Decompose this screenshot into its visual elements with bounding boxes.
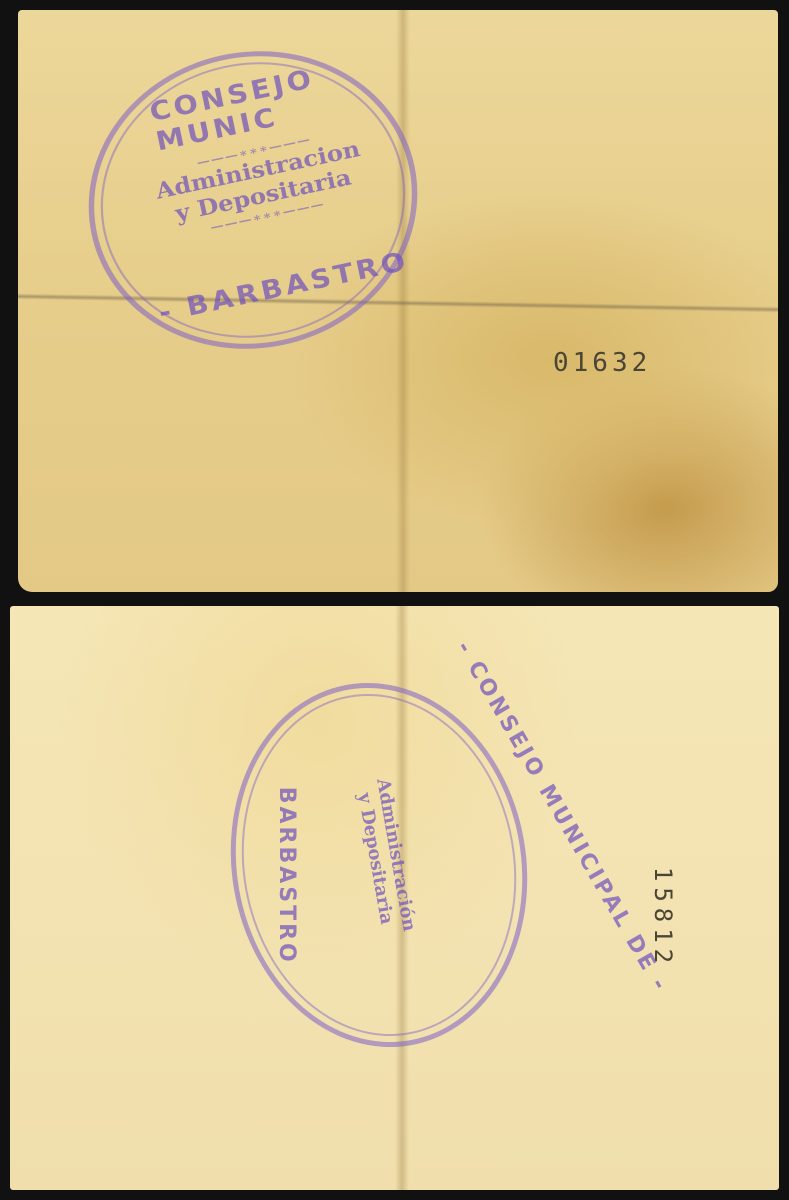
serial-number-top: 01632 bbox=[553, 348, 651, 378]
serial-number-bottom: 15812 bbox=[649, 867, 677, 969]
stamp-bottom-text: BARBASTRO bbox=[274, 787, 299, 965]
